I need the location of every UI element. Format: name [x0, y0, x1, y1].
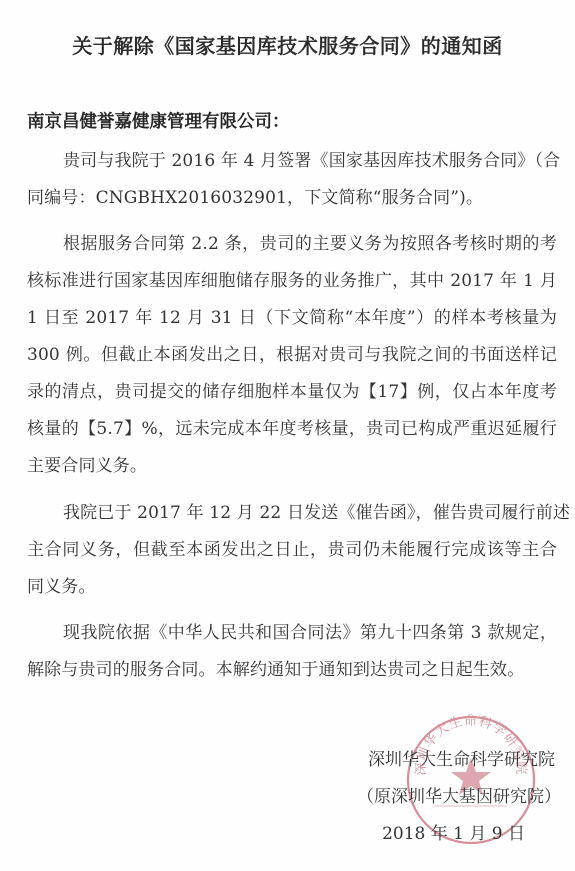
signing-date: 2018 年 1 月 9 日: [382, 819, 525, 844]
text-line: 同编号：CNGBHX2016032901，下文简称“服务合同”)。: [27, 183, 557, 208]
text-line: 核量的【5.7】%，远未完成本年度考核量，贵司已构成严重迟延履行: [27, 414, 557, 439]
text-line: 解除与贵司的服务合同。本解约通知于通知到达贵司之日起生效。: [27, 655, 557, 680]
text-line: 300 例。但截止本函发出之日，根据对贵司与我院之间的书面送样记: [27, 340, 557, 365]
text-line: 主要合同义务。: [27, 451, 557, 476]
addressee: 南京昌健誉嘉健康管理有限公司：: [27, 108, 290, 133]
text-line: 贵司与我院于 2016 年 4 月签署《国家基因库技术服务合同》（合: [63, 146, 557, 171]
text-line: 我院已于 2017 年 12 月 22 日发送《催告函》，催告贵司履行前述: [63, 498, 557, 523]
signing-organization: 深圳华大生命科学研究院: [368, 745, 555, 770]
former-organization-name: （原深圳华大基因研究院）: [357, 782, 561, 807]
text-line: 录的清点，贵司提交的储存细胞样本量仅为【17】例，仅占本年度考: [27, 377, 557, 402]
document-title: 关于解除《国家基因库技术服务合同》的通知函: [0, 30, 575, 59]
text-line: 同义务。: [27, 572, 557, 597]
text-line: 根据服务合同第 2.2 条，贵司的主要义务为按照各考核时期的考: [63, 229, 557, 254]
text-line: 核标准进行国家基因库细胞储存服务的业务推广，其中 2017 年 1 月: [27, 266, 557, 291]
text-line: 现我院依据《中华人民共和国合同法》第九十四条第 3 款规定，: [63, 618, 557, 643]
letter-page: 关于解除《国家基因库技术服务合同》的通知函 南京昌健誉嘉健康管理有限公司： 贵司…: [0, 0, 575, 871]
text-line: 主合同义务，但截至本函发出之日止，贵司仍未能履行完成该等主合: [27, 535, 557, 560]
text-line: 1 日至 2017 年 12 月 31 日（下文简称“本年度”）的样本考核量为: [27, 303, 557, 328]
